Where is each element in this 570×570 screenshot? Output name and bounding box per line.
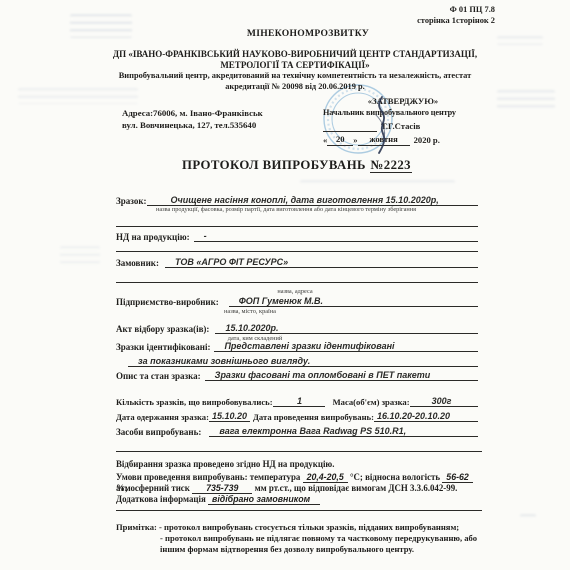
protocol-number: №2223 <box>370 158 412 173</box>
temperature-value: 20,4-20,5 <box>303 472 348 483</box>
field-sample-value: Очищене насіння коноплі, дата виготовлен… <box>161 195 447 206</box>
form-code-block: Ф 01 ПЦ 7.8 сторінка 1сторінок 2 <box>417 4 495 26</box>
document-title-text: ПРОТОКОЛ ВИПРОБУВАНЬ <box>182 158 366 172</box>
underline-segment <box>403 351 478 352</box>
field-customer-caption: назва, адреса <box>255 288 335 295</box>
field-sampling-act-label: Акт відбору зразка(ів): <box>116 324 209 334</box>
field-equipment-label: Засоби випробувань: <box>116 427 201 437</box>
field-equipment: Засоби випробувань: вага електронна Вага… <box>116 425 478 437</box>
scan-artifact <box>300 180 455 187</box>
field-nd-product: НД на продукцію: - <box>116 230 478 242</box>
field-manufacturer-value: ФОП Гуменюк М.В. <box>229 296 331 307</box>
pressure-lead: атмосферний тиск <box>116 483 190 493</box>
approval-block: «ЗАТВЕРДЖУЮ» Начальник випробувального ц… <box>323 96 453 146</box>
underline-segment <box>414 436 478 437</box>
note-line3: іншим формам відтворення без дозволу вип… <box>160 544 414 555</box>
approval-date-line: « 20 » жовтня 2020 р. <box>323 133 453 146</box>
field-date-testing-value: 16.10.20-20.10.20 <box>374 411 453 422</box>
field-identification-continued: за показниками зовнішнього вигляду. <box>128 355 478 367</box>
humidity-value: 56-62 <box>442 472 473 483</box>
accreditation-line2: акредитації № 20098 від 20.06.2019 р. <box>80 82 510 93</box>
scanned-test-protocol-page: Ф 01 ПЦ 7.8 сторінка 1сторінок 2 МІНЕКОН… <box>0 0 570 570</box>
conditions-line3: Додаткова інформація відібрано замовнико… <box>116 494 482 505</box>
field-date-received-value: 15.10.20 <box>209 411 250 422</box>
field-sample-caption: назва продукції, фасовка, розмір партії,… <box>134 206 438 213</box>
note-line1-wrap: Примітка: - протокол випробувань стосуєт… <box>116 522 459 533</box>
approver-position: Начальник випробувального центру <box>323 107 453 118</box>
underline-segment <box>296 267 478 268</box>
field-sample-state-label: Опис та стан зразка: <box>116 371 201 381</box>
field-identification: Зразки ідентифіковані: Представлені зраз… <box>116 340 478 352</box>
scan-artifact <box>520 514 536 521</box>
field-count-label: Кількість зразків, що випробовувались: <box>116 397 273 407</box>
temperature-unit: °С; відносна вологість <box>350 472 440 482</box>
note-line2: - протокол випробувань не підлягає повно… <box>160 533 477 544</box>
field-sample-label: Зразок: <box>116 196 147 206</box>
address-line1: Адреса:76006, м. Івано-Франківськ <box>122 107 263 119</box>
field-count-mass: Кількість зразків, що випробовувались: 1… <box>116 395 478 407</box>
field-customer-value: ТОВ «АГРО ФІТ РЕСУРС» <box>165 257 296 268</box>
approver-name: Т.Г.Стасів <box>377 121 420 132</box>
signature-line: Т.Г.Стасів <box>323 120 453 132</box>
section-divider <box>116 510 482 511</box>
extra-info-value: відібрано замовником <box>208 494 320 505</box>
blank-rule <box>116 282 478 283</box>
underline-segment <box>331 306 478 307</box>
conditions-lead: Умови проведення випробувань: температур… <box>116 472 300 482</box>
field-identification-value2: за показниками зовнішнього вигляду. <box>128 356 318 367</box>
underline-segment <box>472 406 478 407</box>
field-sample-state-value: Зразки фасовані та опломбовані в ПЕТ пак… <box>205 370 439 381</box>
field-sampling-act-value: 15.10.2020р. <box>215 323 286 334</box>
field-date-received-label: Дата одержання зразка: <box>116 412 209 422</box>
field-sample: Зразок: Очищене насіння коноплі, дата ви… <box>116 194 478 206</box>
field-mass-label: Маса(об'єм) зразка: <box>333 397 410 407</box>
section-divider <box>116 451 482 452</box>
note-line1: - протокол випробувань стосується тільки… <box>159 522 459 532</box>
form-code: Ф 01 ПЦ 7.8 <box>417 4 495 15</box>
address-line2: вул. Вовчинецька, 127, тел.535640 <box>122 119 263 131</box>
sampling-statement: Відбирання зразка проведено згідно НД на… <box>116 459 482 470</box>
document-title: ПРОТОКОЛ ВИПРОБУВАНЬ №2223 <box>116 158 478 173</box>
ministry-name: МІНЕКОНОМРОЗВИТКУ <box>116 28 500 39</box>
pressure-tail: мм рт.ст., що відповідає вимогам ДСН 3.3… <box>255 483 458 493</box>
field-equipment-value: вага електронна Вага Radwag PS 510.R1, <box>209 426 414 437</box>
field-nd-label: НД на продукцію: <box>116 232 190 242</box>
approval-month: жовтня <box>358 134 410 146</box>
field-sample-state: Опис та стан зразка: Зразки фасовані та … <box>116 369 478 381</box>
underline-segment <box>447 205 478 206</box>
underline-segment <box>215 241 478 242</box>
field-customer: Замовник: ТОВ «АГРО ФІТ РЕСУРС» <box>116 256 478 268</box>
underline-segment <box>318 366 478 367</box>
field-manufacturer: Підприємство-виробник: ФОП Гуменюк М.В. <box>116 295 478 307</box>
field-nd-value: - <box>194 231 215 242</box>
accreditation-statement: Випробувальний центр, акредитований на т… <box>80 71 510 92</box>
organization-name-line2: МЕТРОЛОГІЇ ТА СЕРТИФІКАЦІЇ» <box>80 60 510 71</box>
field-identification-value1: Представлені зразки ідентифіковані <box>214 341 402 352</box>
scan-artifact <box>497 36 543 45</box>
center-address: Адреса:76006, м. Івано-Франківськ вул. В… <box>122 107 263 131</box>
accreditation-line1: Випробувальний центр, акредитований на т… <box>80 71 510 82</box>
extra-info-label: Додаткова інформація <box>116 494 206 504</box>
organization-name: ДП «ІВАНО-ФРАНКІВСЬКИЙ НАУКОВО-ВИРОБНИЧИ… <box>80 49 510 71</box>
blank-rule <box>116 226 478 227</box>
field-customer-label: Замовник: <box>116 258 159 268</box>
page-info: сторінка 1сторінок 2 <box>417 15 495 26</box>
field-manufacturer-caption: назва, місто, країна <box>200 308 300 315</box>
underline-segment <box>453 421 478 422</box>
scan-artifact <box>60 246 100 264</box>
scan-artifact <box>497 90 555 112</box>
field-count-value: 1 <box>273 396 325 407</box>
signature-underline <box>323 131 377 132</box>
field-manufacturer-label: Підприємство-виробник: <box>116 297 219 307</box>
approval-year: 2020 р. <box>410 135 440 146</box>
field-dates: Дата одержання зразка: 15.10.20 Дата про… <box>116 410 478 422</box>
approval-day: 20 <box>327 134 353 146</box>
underline-segment <box>286 333 478 334</box>
note-label: Примітка: <box>116 522 157 532</box>
pressure-value: 735-739 <box>192 483 252 494</box>
blank-rule <box>116 251 478 252</box>
organization-name-line1: ДП «ІВАНО-ФРАНКІВСЬКИЙ НАУКОВО-ВИРОБНИЧИ… <box>80 49 510 60</box>
conditions-line2: атмосферний тиск 735-739 мм рт.ст., що в… <box>116 483 482 494</box>
field-sampling-act: Акт відбору зразка(ів): 15.10.2020р. <box>116 322 478 334</box>
field-date-testing-label: Дата проведення випробувань: <box>253 412 374 422</box>
field-identification-label: Зразки ідентифіковані: <box>116 342 210 352</box>
field-mass-value: 300г <box>410 396 472 407</box>
approve-word: «ЗАТВЕРДЖУЮ» <box>353 96 453 107</box>
underline-segment <box>438 380 478 381</box>
